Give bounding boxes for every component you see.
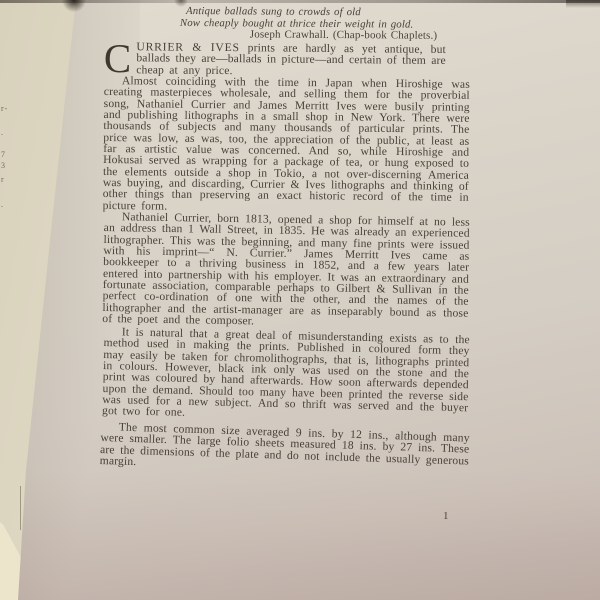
left-page-text-fragment: r- xyxy=(1,105,15,113)
left-page-text-fragment: . xyxy=(1,129,15,137)
book-top-gap xyxy=(0,0,600,3)
left-page-text-fragment: r xyxy=(1,176,15,184)
body-paragraph: Almost coinciding with the time in Japan… xyxy=(103,75,470,215)
page-text-column: Antique ballads sung to crowds of old No… xyxy=(104,6,470,467)
book-page: Antique ballads sung to crowds of old No… xyxy=(0,0,600,600)
epigraph: Antique ballads sung to crowds of old No… xyxy=(186,6,470,43)
page-gap-notch xyxy=(62,0,86,12)
opening-paragraph: CURRIER & IVES prints are hardly as yet … xyxy=(104,41,446,78)
bottom-page-shadow xyxy=(0,470,600,600)
page-gap-notch xyxy=(174,0,188,7)
page-edge-line xyxy=(20,486,21,530)
left-page-text-fragment: 7 xyxy=(1,151,15,159)
top-corner-shadow xyxy=(566,0,600,10)
page-number: 1 xyxy=(443,510,449,522)
left-page-text-fragment: 3 xyxy=(1,162,15,170)
left-page-text-fragment: . xyxy=(1,201,15,209)
book-photo: r- . 7 3 r . Antique ballads sung to cro… xyxy=(0,0,600,600)
body-paragraph: Nathaniel Currier, born 1813, opened a s… xyxy=(102,211,470,330)
body-paragraph: It is natural that a great deal of misun… xyxy=(102,326,470,425)
drop-cap-initial: C xyxy=(104,41,137,75)
